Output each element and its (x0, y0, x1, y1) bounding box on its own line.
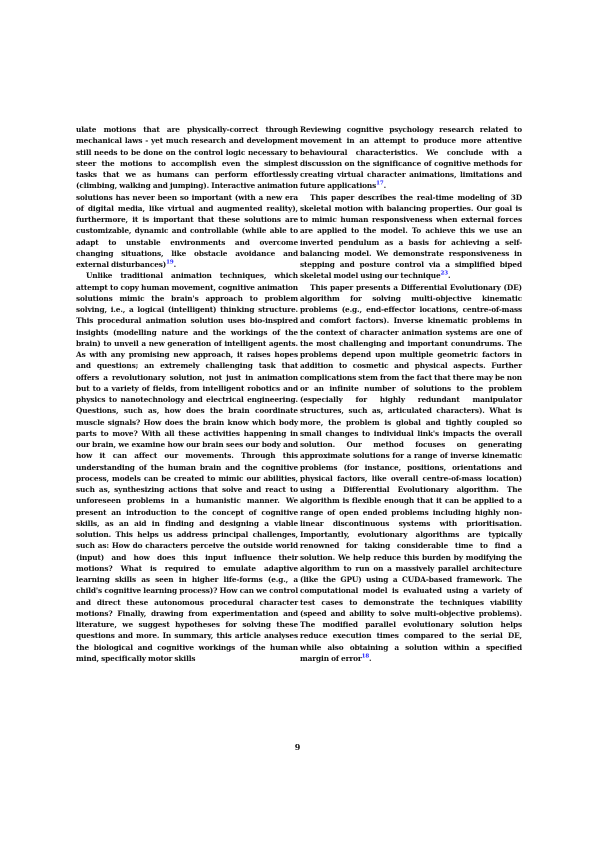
citation-link[interactable]: 17 (376, 181, 383, 187)
citation-link[interactable]: 18 (362, 653, 369, 659)
left-column: ulate motions that are physically-correc… (76, 124, 298, 664)
citation-link[interactable]: 19 (166, 260, 173, 266)
paragraph: ulate motions that are physically-correc… (76, 124, 298, 270)
citation-link[interactable]: 23 (441, 271, 448, 277)
paragraph-tail: . (448, 271, 450, 280)
paragraph-text: ulate motions that are physically-correc… (76, 125, 298, 269)
paragraph: This paper describes the real-time model… (300, 192, 522, 282)
paragraph-tail: . (369, 654, 371, 663)
paragraph-text: Unlike traditional animation techniques,… (76, 271, 298, 663)
paragraph-tail: . (174, 260, 176, 269)
paragraph: Reviewing cognitive psychology research … (300, 124, 522, 192)
paragraph-text: This paper describes the real-time model… (300, 193, 522, 281)
paragraph: Unlike traditional animation techniques,… (76, 270, 298, 664)
paragraph-text: Reviewing cognitive psychology research … (300, 125, 522, 190)
right-column: Reviewing cognitive psychology research … (300, 124, 522, 664)
page-number: 9 (0, 742, 595, 752)
document-page: ulate motions that are physically-correc… (0, 0, 595, 842)
paragraph-text: This paper presents a Differential Evolu… (300, 283, 522, 663)
paragraph-tail: . (384, 181, 386, 190)
paragraph: This paper presents a Differential Evolu… (300, 282, 522, 665)
